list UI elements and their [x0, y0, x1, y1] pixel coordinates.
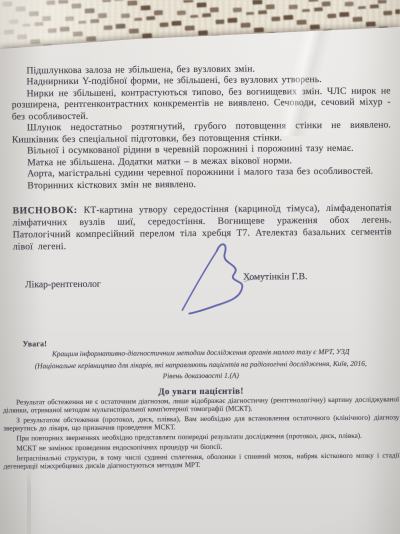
doctor-role-label: Лікар-рентгенолог	[25, 279, 101, 291]
patients-paragraph: При повторних зверненнях необхідно предс…	[3, 432, 399, 443]
notice-line: Рівень доказовості 1.(А)	[15, 369, 387, 382]
conclusion-label: ВИСНОВОК:	[13, 205, 78, 217]
paper-sheet: Підшлункова залоза не збільшена, без вуз…	[0, 0, 400, 534]
patients-paragraph: З результатом обстеження (протокол, диск…	[3, 415, 399, 433]
signature-block: Лікар-рентгенолог Хомутінкін Г.В.	[0, 271, 400, 330]
report-line: Вторинних кісткових змін не виявлено.	[12, 177, 391, 191]
patients-notice-block: До уваги пацієнтів! Результат обстеження…	[1, 384, 400, 470]
notice-block: Увага! Кращим інформативно-діагностичним…	[1, 337, 400, 383]
paper-wrap: Підшлункова залоза не збільшена, без вуз…	[0, 0, 400, 534]
patients-paragraph: Результат обстеження не є остаточним діа…	[3, 397, 399, 415]
patients-paragraph: Інтраспінальні структури, в тому числі с…	[3, 452, 399, 470]
handwritten-signature-icon	[148, 238, 299, 324]
photo-of-document: Підшлункова залоза не збільшена, без вуз…	[0, 0, 400, 534]
report-line: Нирки не збільшені, контрастуються типов…	[12, 85, 391, 122]
report-line: Шлунок недостатньо розтягнутий, грубого …	[12, 120, 391, 146]
document-content: Підшлункова залоза не збільшена, без вуз…	[0, 0, 400, 534]
report-findings: Підшлункова залоза не збільшена, без вуз…	[0, 0, 399, 192]
